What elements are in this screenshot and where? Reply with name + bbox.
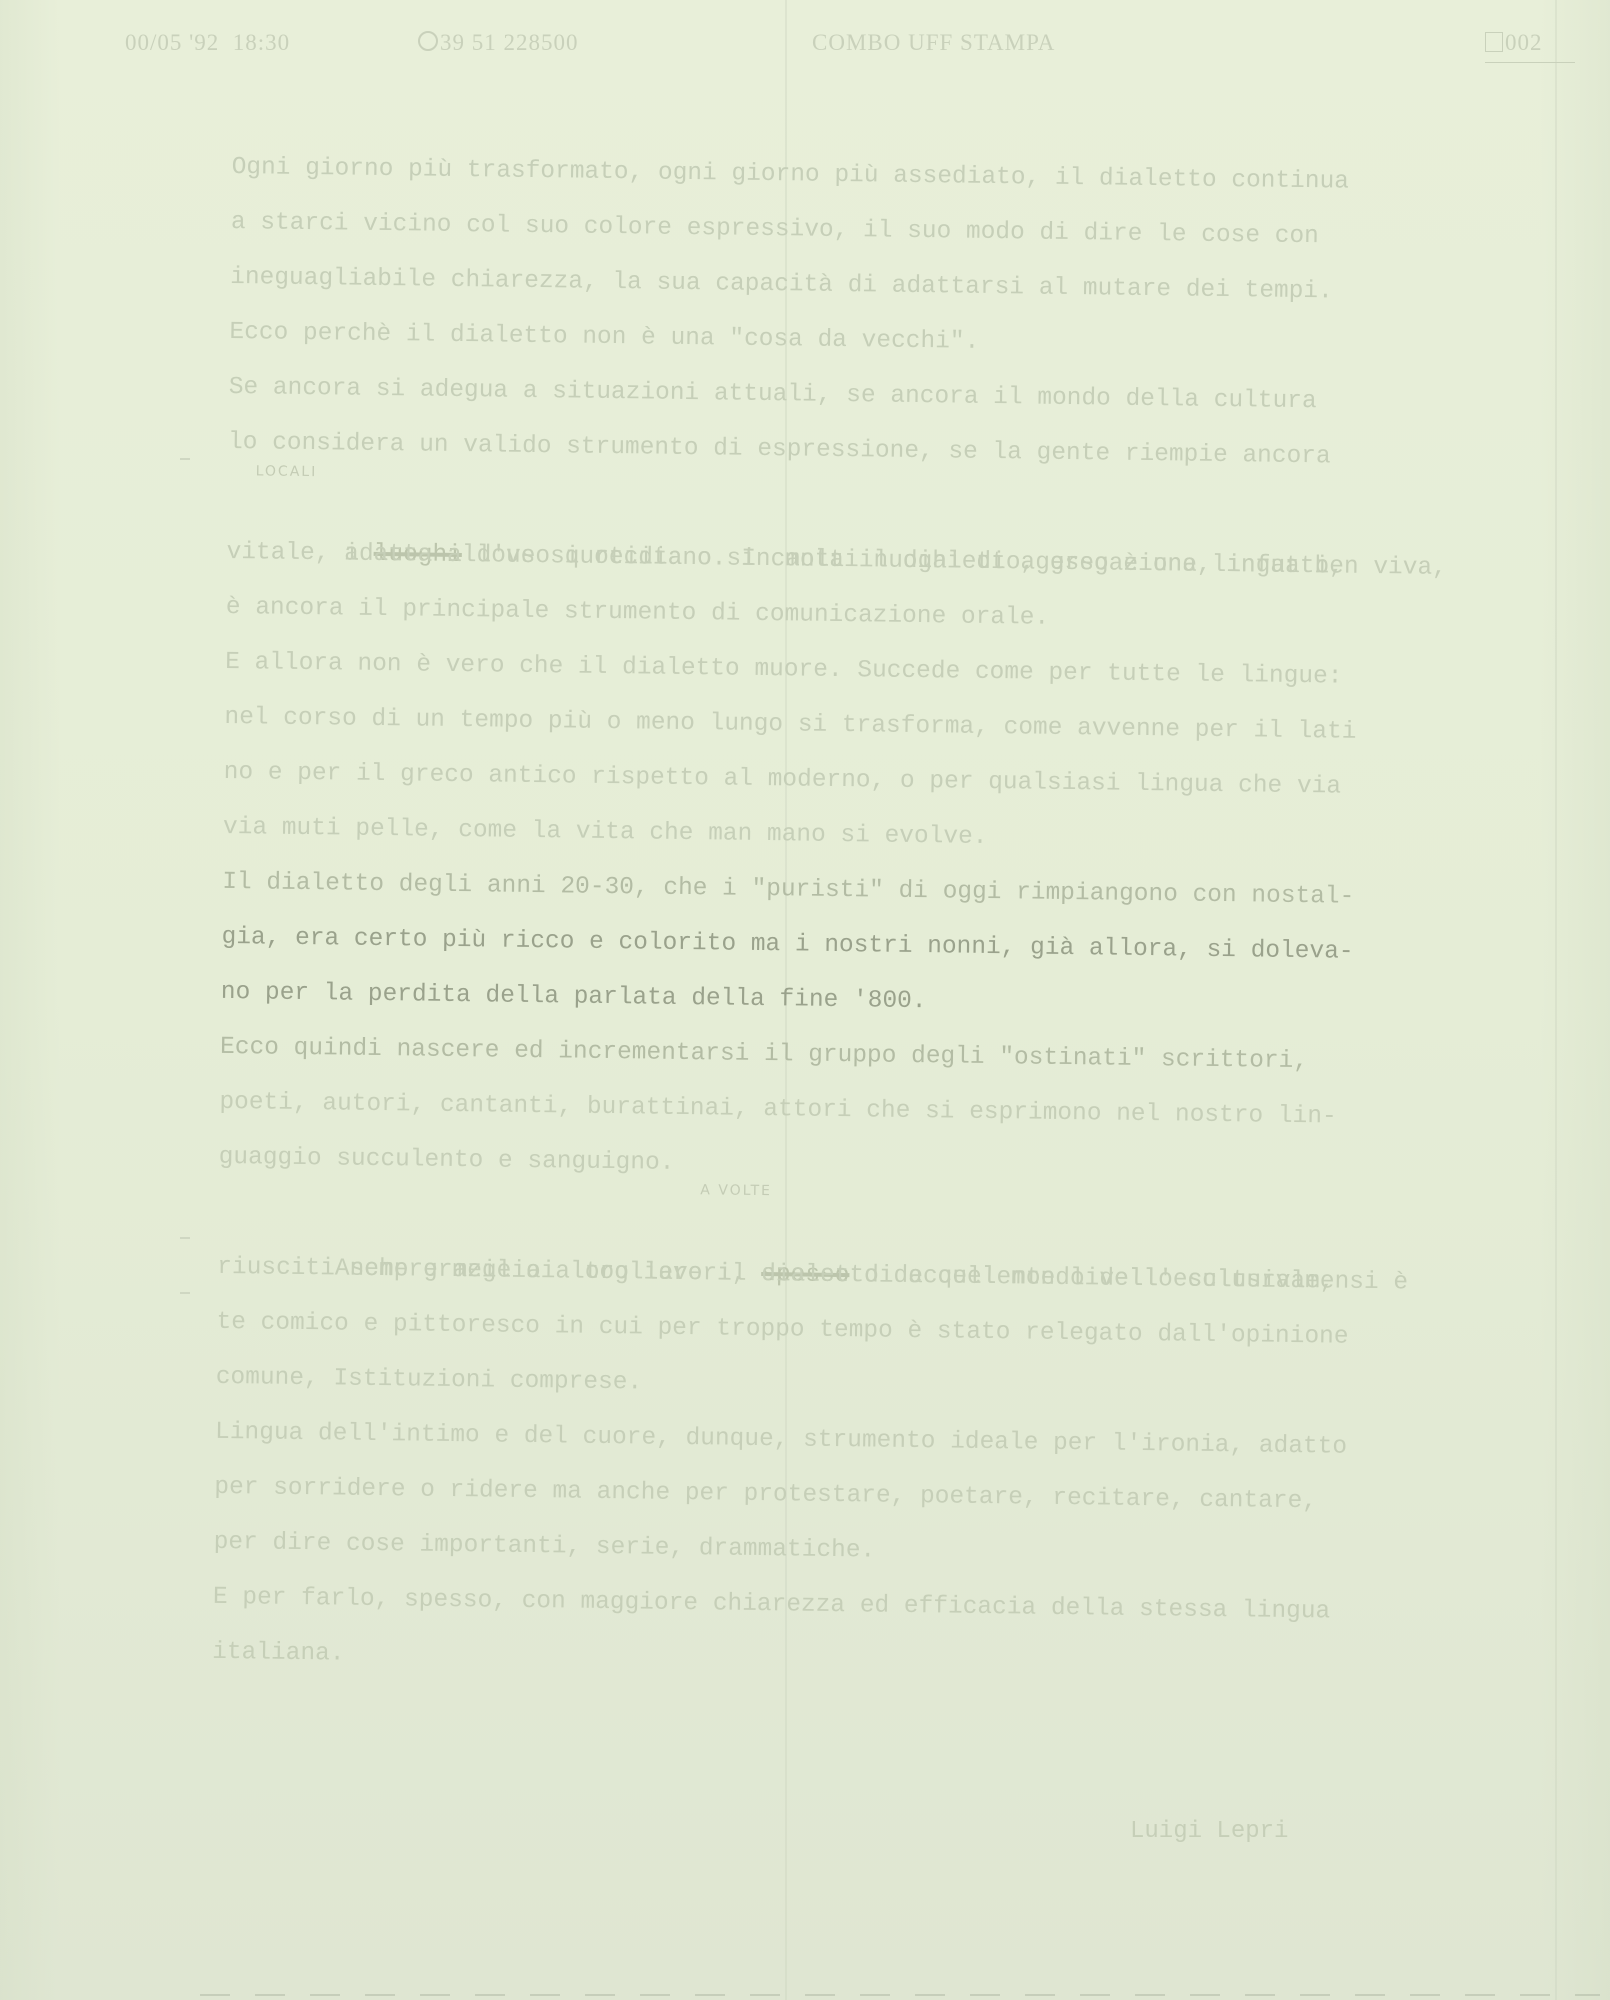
page-edge-crease xyxy=(1555,0,1557,2000)
margin-mark xyxy=(180,1237,190,1239)
fax-page-number: 002 xyxy=(1485,30,1575,63)
fax-phone: 39 51 228500 xyxy=(418,30,579,56)
margin-mark xyxy=(180,458,190,460)
paragraph: E allora non è vero che il dialetto muor… xyxy=(223,635,1476,871)
signature: Luigi Lepri xyxy=(1130,1818,1288,1845)
paragraph: Ogni giorno più trasformato, ogni giorno… xyxy=(229,140,1482,376)
fax-phone-number: 39 51 228500 xyxy=(440,30,579,55)
page-bottom-edge xyxy=(200,1994,1600,1996)
fax-page-value: 002 xyxy=(1505,30,1543,55)
paragraph: Anche grazie ai loro lavori, spesso di e… xyxy=(215,1185,1468,1421)
fax-header: 00/05 '92 18:30 39 51 228500 COMBO UFF S… xyxy=(0,30,1610,64)
letter-body: Ogni giorno più trasformato, ogni giorno… xyxy=(212,140,1482,1696)
handwritten-correction: A VOLTE xyxy=(700,1183,772,1198)
handwritten-correction: LOCALI xyxy=(256,464,318,479)
paragraph: Lingua dell'intimo e del cuore, dunque, … xyxy=(213,1405,1465,1586)
paragraph: Ecco quindi nascere ed incrementarsi il … xyxy=(218,1020,1470,1201)
fax-page-icon xyxy=(1485,32,1503,52)
phone-icon xyxy=(418,31,438,51)
paragraph: E per farlo, spesso, con maggiore chiare… xyxy=(212,1570,1463,1696)
fax-sender: COMBO UFF STAMPA xyxy=(812,30,1055,56)
document-page: 00/05 '92 18:30 39 51 228500 COMBO UFF S… xyxy=(0,0,1610,2000)
margin-mark xyxy=(180,1292,190,1294)
paragraph: Il dialetto degli anni 20-30, che i "pur… xyxy=(220,855,1472,1036)
paragraph: Se ancora si adegua a situazioni attuali… xyxy=(226,360,1479,651)
fax-datetime: 00/05 '92 18:30 xyxy=(125,30,290,56)
